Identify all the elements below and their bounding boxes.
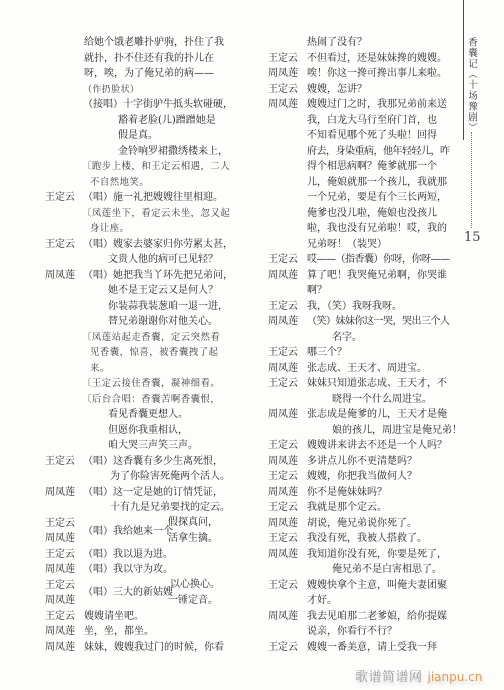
speaker-name: 王定云 (45, 191, 75, 205)
speaker-name: 王定云 (268, 579, 298, 593)
watermark-domain: jianpu.cn (428, 670, 483, 684)
stage-direction-chorus: 〔后台合唱：香囊苦啊香囊恨， (82, 393, 220, 407)
speaker-name: 王定云 (45, 238, 75, 252)
song-line: （唱）施一礼把嫂嫂往里相迎。 (83, 191, 223, 205)
speaker-name: 周凤莲 (45, 625, 75, 639)
stage-direction: 来。 (90, 362, 110, 376)
duet-ending: 一锤定音。 (168, 594, 218, 608)
speaker-name: 周凤莲 (45, 269, 75, 283)
song-line: 文贵人他的病可已见轻？ (108, 253, 218, 267)
line-text: 才好。 (307, 594, 337, 608)
speaker-name: 王定云 (268, 377, 298, 391)
line-text: 张志成是俺爹的儿，王天才是俺 (307, 408, 447, 422)
speaker-name: 周凤莲 (45, 594, 75, 608)
line-text: 嫂嫂请坐吧。 (84, 610, 144, 624)
line-text: 我就是那个定云。 (307, 501, 387, 515)
speaker-name: 王定云 (268, 470, 298, 484)
speaker-name: 王定云 (268, 439, 298, 453)
speaker-name: 王定云 (45, 610, 75, 624)
line-text: 得个相思病啊？俺爹就那一个 (307, 160, 437, 174)
song-line: 金铃响罗裙撒绣楼来上， (118, 145, 228, 159)
line-text: 晓得一个什么周进宝。 (332, 393, 432, 407)
line-text: 算了吧！我哭俺兄弟啊，你哭谁 (307, 269, 447, 283)
line-text: （笑）妹妹你这一哭，哭出三个人 (307, 315, 450, 329)
song-line: 豁着老脸(儿)蹭蹭她是 (118, 114, 216, 128)
song-line: 她不是王定云又是何人？ (108, 284, 218, 298)
script-page: 给她个饿老雕扑驴驹，扑住了我 就扑，扑不住还有我的扑儿在 呀，唉，为了俺兄弟的病… (0, 0, 504, 690)
song-line: 你装蒜我装葱咱一退一进， (108, 300, 228, 314)
stage-direction: 〔王定云接住香囊，凝神细看。 (82, 377, 220, 391)
duet-ending: 活拿生擒。 (168, 532, 218, 546)
duet-shared-line: （唱）我给她来一个 (83, 525, 173, 539)
line-text: 我没有死，我被人搭救了。 (307, 532, 427, 546)
speaker-name: 王定云 (268, 346, 298, 360)
speaker-name: 周凤莲 (268, 517, 298, 531)
song-line: （唱）我以守为攻。 (83, 563, 173, 577)
speaker-name: 周凤莲 (268, 98, 298, 112)
line-text: 说亲，你看行不行？ (307, 625, 397, 639)
stage-direction: 〔跑步上楼，和王定云相遇，二人 (82, 160, 230, 174)
line-text: 嫂嫂过门之时，我那兄弟前来送 (307, 98, 447, 112)
song-line: 替兄弟谢谢你对他关心。 (108, 315, 218, 329)
speaker-name: 王定云 (268, 253, 298, 267)
line-text: 不但看过，还是妹妹搀的嫂嫂。 (307, 52, 447, 66)
line-text: 坐，坐，都坐。 (84, 625, 154, 639)
song-line: （唱）这香囊有多少生离死恨， (83, 455, 223, 469)
line-text: 不知看见哪个死了头啦！回得 (307, 129, 437, 143)
line-text: 嫂嫂讲来讲去不还是一个人吗？ (307, 439, 447, 453)
duet-ending: 假探真问， (168, 516, 218, 530)
watermark-site-name: 歌谱简谱网 (355, 670, 423, 685)
running-title: 香囊记（十场豫剧） (465, 37, 477, 132)
line-text: 兄弟呀！（装哭） (307, 238, 387, 252)
song-line: 假是真。 (118, 129, 158, 143)
line-text: 儿，俺娘就那一个孩儿，我就那 (307, 176, 447, 190)
line-text: 给她个饿老雕扑驴驹，扑住了我 (84, 36, 224, 50)
line-text: 嫂嫂快拿个主意，叫俺夫妻团聚 (307, 579, 447, 593)
stage-direction: 身让座。 (90, 222, 130, 236)
line-text: 嫂嫂，你把我当做何人？ (307, 470, 417, 484)
line-text: 我知道你没有死，你要是死了， (307, 548, 447, 562)
watermark: 歌谱简谱网jianpu.cn (355, 667, 482, 685)
line-text: 胡说，俺兄弟说你死了。 (307, 517, 417, 531)
line-text: 我，（笑）我呀我呀。 (307, 300, 402, 314)
speaker-name: 王定云 (268, 532, 298, 546)
stage-direction: 不自然地笑。 (90, 176, 149, 190)
line-text: 张志成、王天才、周进宝。 (307, 362, 427, 376)
song-line: 但愿你我重相认， (108, 424, 188, 438)
stage-action-note: （作扔脸状） (83, 83, 139, 97)
song-line: 为了你险害死俺两个活人。 (110, 470, 230, 484)
speaker-name: 王定云 (268, 641, 298, 655)
speaker-name: 王定云 (45, 579, 75, 593)
speaker-name: 周凤莲 (268, 67, 298, 81)
speaker-name: 王定云 (45, 548, 75, 562)
line-text: 哎——（指香囊）你呀，你呀—— (307, 253, 450, 267)
speaker-name: 周凤莲 (268, 548, 298, 562)
line-text: 妹妹，嫂嫂我过门的时候，你看 (84, 641, 224, 655)
speaker-name: 周凤莲 (268, 315, 298, 329)
speaker-name: 周凤莲 (268, 408, 298, 422)
song-line: （唱）我以退为进。 (83, 548, 173, 562)
speaker-name: 周凤莲 (45, 486, 75, 500)
line-text: 多讲点儿你不更清楚吗？ (307, 455, 417, 469)
line-text: 唉！你这一搀可搀出事儿来啦。 (307, 67, 447, 81)
stage-direction: 〔凤莲坐下，看定云未坐，忽又起 (82, 207, 230, 221)
speaker-name: 王定云 (45, 517, 75, 531)
duet-ending: 以心换心。 (170, 578, 220, 592)
speaker-name: 周凤莲 (45, 641, 75, 655)
speaker-name: 王定云 (268, 52, 298, 66)
line-text: 嫂嫂一番美意，请上受我一拜 (307, 641, 437, 655)
line-text: 就扑，扑不住还有我的扑儿在 (84, 52, 214, 66)
line-text: 哪三个？ (307, 346, 347, 360)
speaker-name: 王定云 (268, 83, 298, 97)
line-text: 呀，唉，为了俺兄弟的病—— (84, 67, 214, 81)
speaker-name: 周凤莲 (268, 269, 298, 283)
line-text: 府去，身染重病，他年轻轻儿，咋 (307, 145, 450, 159)
song-line: 看见香囊更想人。 (108, 408, 188, 422)
line-text: 俺兄弟不是白害相思了。 (332, 563, 442, 577)
speaker-name: 周凤莲 (268, 486, 298, 500)
stage-direction: 见香囊，惊喜，被香囊拽了起 (90, 346, 218, 360)
song-line: （接唱）十字街驴牛抵头软碰硬， (83, 98, 233, 112)
line-text: 妹妹只知道张志成、王天才，不 (307, 377, 447, 391)
song-line: （唱）这一定是她的订情凭证， (83, 486, 223, 500)
song-line: 咱大哭三声笑三声。 (108, 439, 198, 453)
speaker-name: 周凤莲 (45, 563, 75, 577)
line-text: 我，白龙大马行至府门首，也 (307, 114, 437, 128)
line-text: 啦，我也没有兄弟啦！哎，我的 (307, 222, 447, 236)
header-rule (463, 0, 464, 140)
line-text: 名字。 (332, 331, 362, 345)
song-line: （唱）嫂家去婆家归你劳累太甚， (83, 238, 233, 252)
speaker-name: 王定云 (268, 501, 298, 515)
speaker-name: 周凤莲 (268, 610, 298, 624)
duet-shared-line: （唱）三大的新姑嫂 (83, 586, 173, 600)
line-text: 嫂嫂，怎讲？ (307, 83, 367, 97)
speaker-name: 周凤莲 (268, 362, 298, 376)
speaker-name: 王定云 (268, 300, 298, 314)
speaker-name: 周凤莲 (268, 455, 298, 469)
stage-direction: 〔凤莲站起走香囊，定云突然看 (82, 331, 220, 345)
song-line: （唱）她把我当丫环先把兄弟问， (83, 269, 233, 283)
page-number: 15 (464, 230, 481, 245)
line-text: 啊？ (307, 284, 327, 298)
speaker-name: 王定云 (45, 455, 75, 469)
line-text: 一个兄弟，要是有个三长两短， (307, 191, 447, 205)
header-dotted-rule (471, 132, 472, 228)
speaker-name: 周凤莲 (45, 532, 75, 546)
line-text: 俺爹也没儿啦，俺娘也没孩儿 (307, 207, 437, 221)
song-line: 十有九是兄弟要找的定云。 (110, 501, 230, 515)
line-text: 热闹了没有？ (307, 36, 367, 50)
line-text: 娘的孩儿，周进宝是俺兄弟！ (332, 424, 462, 438)
line-text: 我去见咱那二老爹娘，给你提媒 (307, 610, 447, 624)
line-text: 你不是俺妹妹吗？ (307, 486, 387, 500)
